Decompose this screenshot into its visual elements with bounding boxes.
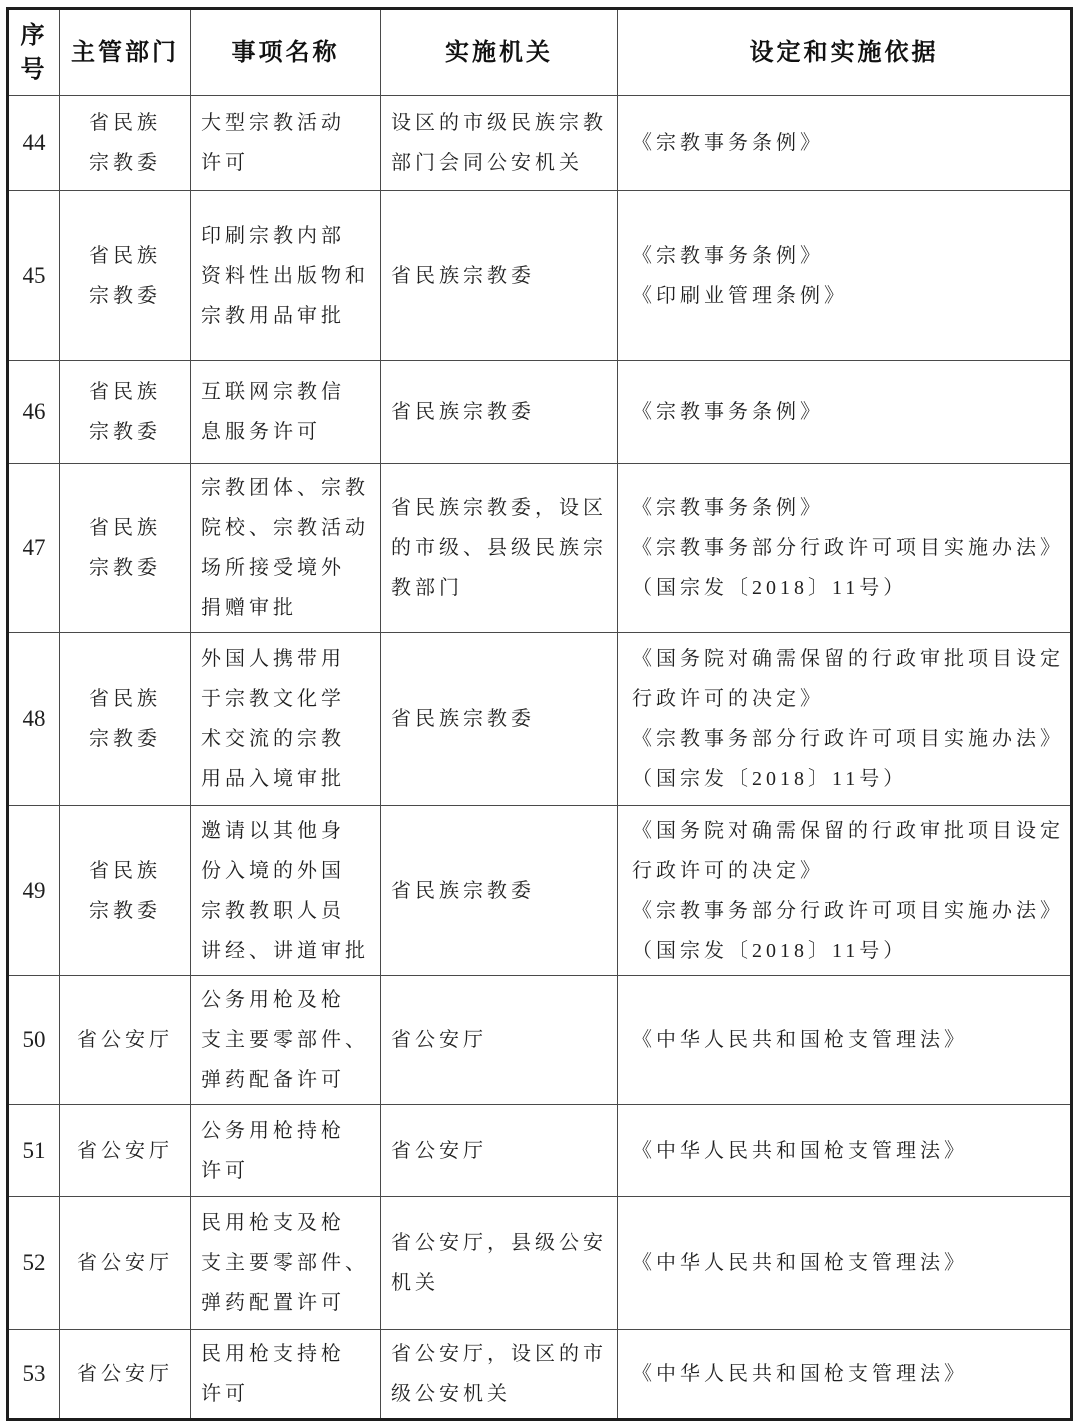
cell-implementing-agency: 省公安厅 [381,1105,618,1197]
cell-competent-department: 省公安厅 [60,976,191,1105]
column-header-item: 事项名称 [191,9,381,96]
cell-item-name: 公务用枪持枪 许可 [191,1105,381,1197]
cell-serial-number: 53 [8,1330,60,1420]
cell-setting-basis: 《中华人民共和国枪支管理法》 [618,1105,1072,1197]
cell-serial-number: 49 [8,806,60,976]
cell-serial-number: 47 [8,464,60,633]
cell-serial-number: 52 [8,1197,60,1330]
table-row: 46 省民族 宗教委 互联网宗教信 息服务许可 省民族宗教委 《宗教事务条例》 [8,361,1072,464]
table-body: 44 省民族 宗教委 大型宗教活动 许可 设区的市级民族宗教 部门会同公安机关 … [8,96,1072,1420]
column-header-agency: 实施机关 [381,9,618,96]
header-row: 序 号 主管部门 事项名称 实施机关 设定和实施依据 [8,9,1072,96]
cell-item-name: 民用枪支及枪 支主要零部件、 弹药配置许可 [191,1197,381,1330]
table-row: 44 省民族 宗教委 大型宗教活动 许可 设区的市级民族宗教 部门会同公安机关 … [8,96,1072,191]
cell-competent-department: 省民族 宗教委 [60,806,191,976]
cell-item-name: 印刷宗教内部 资料性出版物和 宗教用品审批 [191,191,381,361]
cell-setting-basis: 《宗教事务条例》 [618,361,1072,464]
column-header-basis: 设定和实施依据 [618,9,1072,96]
cell-competent-department: 省民族 宗教委 [60,464,191,633]
cell-item-name: 邀请以其他身 份入境的外国 宗教教职人员 讲经、讲道审批 [191,806,381,976]
cell-item-name: 外国人携带用 于宗教文化学 术交流的宗教 用品入境审批 [191,633,381,806]
cell-competent-department: 省民族 宗教委 [60,96,191,191]
cell-serial-number: 48 [8,633,60,806]
table-row: 51 省公安厅 公务用枪持枪 许可 省公安厅 《中华人民共和国枪支管理法》 [8,1105,1072,1197]
cell-setting-basis: 《国务院对确需保留的行政审批项目设定 行政许可的决定》 《宗教事务部分行政许可项… [618,633,1072,806]
cell-competent-department: 省民族 宗教委 [60,191,191,361]
cell-setting-basis: 《中华人民共和国枪支管理法》 [618,1330,1072,1420]
table-row: 52 省公安厅 民用枪支及枪 支主要零部件、 弹药配置许可 省公安厅，县级公安 … [8,1197,1072,1330]
cell-serial-number: 50 [8,976,60,1105]
cell-competent-department: 省公安厅 [60,1105,191,1197]
cell-implementing-agency: 省民族宗教委，设区 的市级、县级民族宗 教部门 [381,464,618,633]
table-row: 47 省民族 宗教委 宗教团体、宗教 院校、宗教活动 场所接受境外 捐赠审批 省… [8,464,1072,633]
cell-setting-basis: 《中华人民共和国枪支管理法》 [618,1197,1072,1330]
cell-setting-basis: 《宗教事务条例》 [618,96,1072,191]
cell-setting-basis: 《国务院对确需保留的行政审批项目设定 行政许可的决定》 《宗教事务部分行政许可项… [618,806,1072,976]
table-row: 53 省公安厅 民用枪支持枪 许可 省公安厅，设区的市 级公安机关 《中华人民共… [8,1330,1072,1420]
cell-item-name: 大型宗教活动 许可 [191,96,381,191]
cell-setting-basis: 《宗教事务条例》 《印刷业管理条例》 [618,191,1072,361]
cell-serial-number: 45 [8,191,60,361]
cell-item-name: 宗教团体、宗教 院校、宗教活动 场所接受境外 捐赠审批 [191,464,381,633]
cell-implementing-agency: 省公安厅 [381,976,618,1105]
approval-items-table: 序 号 主管部门 事项名称 实施机关 设定和实施依据 44 省民族 宗教委 大型… [6,7,1073,1421]
cell-implementing-agency: 省公安厅，县级公安 机关 [381,1197,618,1330]
cell-item-name: 互联网宗教信 息服务许可 [191,361,381,464]
cell-implementing-agency: 省民族宗教委 [381,191,618,361]
cell-competent-department: 省公安厅 [60,1197,191,1330]
table-row: 48 省民族 宗教委 外国人携带用 于宗教文化学 术交流的宗教 用品入境审批 省… [8,633,1072,806]
cell-item-name: 民用枪支持枪 许可 [191,1330,381,1420]
cell-implementing-agency: 设区的市级民族宗教 部门会同公安机关 [381,96,618,191]
table-row: 45 省民族 宗教委 印刷宗教内部 资料性出版物和 宗教用品审批 省民族宗教委 … [8,191,1072,361]
cell-serial-number: 44 [8,96,60,191]
cell-serial-number: 51 [8,1105,60,1197]
cell-implementing-agency: 省民族宗教委 [381,806,618,976]
table-row: 50 省公安厅 公务用枪及枪 支主要零部件、 弹药配备许可 省公安厅 《中华人民… [8,976,1072,1105]
column-header-no: 序 号 [8,9,60,96]
cell-implementing-agency: 省公安厅，设区的市 级公安机关 [381,1330,618,1420]
cell-implementing-agency: 省民族宗教委 [381,633,618,806]
cell-implementing-agency: 省民族宗教委 [381,361,618,464]
column-header-dept: 主管部门 [60,9,191,96]
cell-competent-department: 省民族 宗教委 [60,633,191,806]
cell-item-name: 公务用枪及枪 支主要零部件、 弹药配备许可 [191,976,381,1105]
cell-setting-basis: 《宗教事务条例》 《宗教事务部分行政许可项目实施办法》 （国宗发〔2018〕11… [618,464,1072,633]
cell-setting-basis: 《中华人民共和国枪支管理法》 [618,976,1072,1105]
cell-competent-department: 省公安厅 [60,1330,191,1420]
table-header: 序 号 主管部门 事项名称 实施机关 设定和实施依据 [8,9,1072,96]
table-row: 49 省民族 宗教委 邀请以其他身 份入境的外国 宗教教职人员 讲经、讲道审批 … [8,806,1072,976]
cell-serial-number: 46 [8,361,60,464]
document-page: 序 号 主管部门 事项名称 实施机关 设定和实施依据 44 省民族 宗教委 大型… [0,0,1080,1412]
cell-competent-department: 省民族 宗教委 [60,361,191,464]
